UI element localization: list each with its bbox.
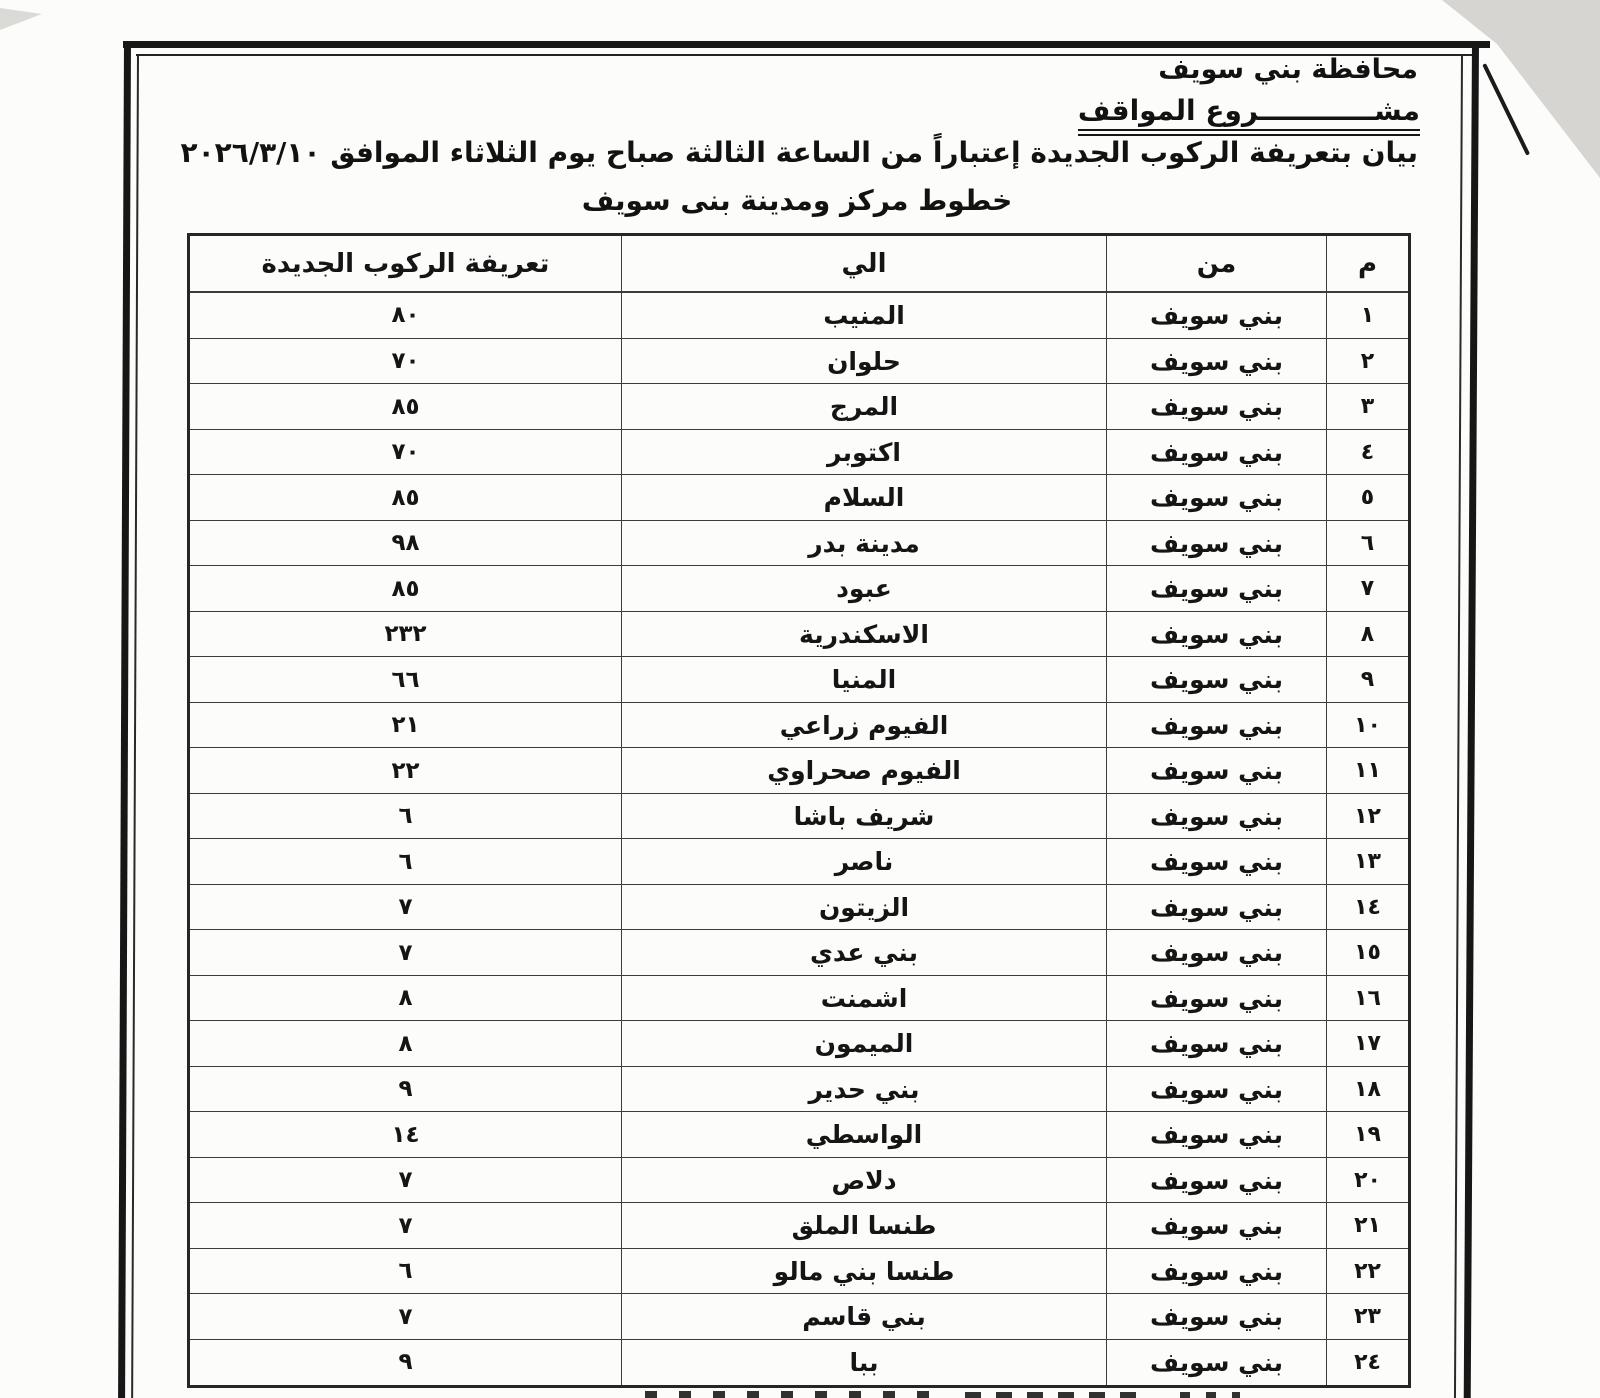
- cell-from: بني سويف: [1107, 1339, 1327, 1386]
- cell-from: بني سويف: [1107, 338, 1327, 384]
- cell-no: ٦: [1327, 520, 1410, 566]
- table-row: ٢٤بني سويفببا٩: [189, 1339, 1410, 1386]
- cell-no: ١١: [1327, 748, 1410, 794]
- cell-fare: ٨٥: [189, 566, 622, 612]
- cell-fare: ٦٦: [189, 657, 622, 703]
- cell-from: بني سويف: [1107, 1294, 1327, 1340]
- cell-fare: ٢٢: [189, 748, 622, 794]
- cell-from: بني سويف: [1107, 748, 1327, 794]
- cell-from: بني سويف: [1107, 1248, 1327, 1294]
- cell-to: حلوان: [622, 338, 1107, 384]
- cell-fare: ٨٠: [189, 292, 622, 338]
- cell-no: ١٥: [1327, 930, 1410, 976]
- cell-to: الواسطي: [622, 1112, 1107, 1158]
- cell-to: عبود: [622, 566, 1107, 612]
- cell-fare: ٧: [189, 930, 622, 976]
- lines-subtitle: خطوط مركز ومدينة بنى سويف: [397, 184, 1197, 217]
- cell-from: بني سويف: [1107, 611, 1327, 657]
- header-fare: تعريفة الركوب الجديدة: [189, 235, 622, 293]
- cell-from: بني سويف: [1107, 975, 1327, 1021]
- frame-border-top-outer: [123, 41, 1490, 48]
- table-row: ١١بني سويفالفيوم صحراوي٢٢: [189, 748, 1410, 794]
- frame-border-right-inner: [1454, 55, 1463, 1398]
- cell-fare: ٧٠: [189, 429, 622, 475]
- cell-no: ٨: [1327, 611, 1410, 657]
- cell-fare: ٧: [189, 884, 622, 930]
- header-from: من: [1107, 235, 1327, 293]
- cell-fare: ٦: [189, 839, 622, 885]
- table-row: ٦بني سويفمدينة بدر٩٨: [189, 520, 1410, 566]
- cell-no: ١٢: [1327, 793, 1410, 839]
- statement-title: بيان بتعريفة الركوب الجديدة إعتباراً من …: [181, 136, 1419, 169]
- project-department: مشــــــــــــروع المواقف: [1078, 94, 1420, 136]
- cell-to: مدينة بدر: [622, 520, 1107, 566]
- cell-from: بني سويف: [1107, 1157, 1327, 1203]
- table-row: ٧بني سويفعبود٨٥: [189, 566, 1410, 612]
- cut-off-text-tips: [965, 1392, 1145, 1398]
- cell-from: بني سويف: [1107, 1203, 1327, 1249]
- cell-fare: ٩٨: [189, 520, 622, 566]
- cell-fare: ٧: [189, 1294, 622, 1340]
- cell-to: دلاص: [622, 1157, 1107, 1203]
- table-row: ٢١بني سويفطنسا الملق٧: [189, 1203, 1410, 1249]
- cell-no: ١٦: [1327, 975, 1410, 1021]
- cell-fare: ٢١: [189, 702, 622, 748]
- cell-fare: ١٤: [189, 1112, 622, 1158]
- cell-to: ببا: [622, 1339, 1107, 1386]
- frame-border-right-outer: [1464, 42, 1479, 1398]
- header-no: م: [1327, 235, 1410, 293]
- cell-fare: ٦: [189, 1248, 622, 1294]
- cell-from: بني سويف: [1107, 839, 1327, 885]
- cell-to: اشمنت: [622, 975, 1107, 1021]
- header-to: الي: [622, 235, 1107, 293]
- table-row: ١٧بني سويفالميمون٨: [189, 1021, 1410, 1067]
- cell-no: ٢٤: [1327, 1339, 1410, 1386]
- cell-no: ٢٣: [1327, 1294, 1410, 1340]
- table-row: ١٦بني سويفاشمنت٨: [189, 975, 1410, 1021]
- cell-to: ناصر: [622, 839, 1107, 885]
- table-row: ١٥بني سويفبني عدي٧: [189, 930, 1410, 976]
- cell-from: بني سويف: [1107, 930, 1327, 976]
- cell-to: بني قاسم: [622, 1294, 1107, 1340]
- table-row: ١بني سويفالمنيب٨٠: [189, 292, 1410, 338]
- cut-off-text-tips: [645, 1391, 935, 1398]
- cell-no: ١: [1327, 292, 1410, 338]
- cell-fare: ٦: [189, 793, 622, 839]
- cell-to: طنسا بني مالو: [622, 1248, 1107, 1294]
- cell-no: ٣: [1327, 384, 1410, 430]
- cell-to: الفيوم صحراوي: [622, 748, 1107, 794]
- cell-from: بني سويف: [1107, 1112, 1327, 1158]
- cell-fare: ٨: [189, 1021, 622, 1067]
- cell-no: ٢٢: [1327, 1248, 1410, 1294]
- table-row: ٩بني سويفالمنيا٦٦: [189, 657, 1410, 703]
- cell-no: ١٩: [1327, 1112, 1410, 1158]
- governorate-title: محافظة بني سويف: [1158, 54, 1418, 85]
- cell-from: بني سويف: [1107, 292, 1327, 338]
- table-row: ١٢بني سويفشريف باشا٦: [189, 793, 1410, 839]
- cell-no: ١٤: [1327, 884, 1410, 930]
- cell-to: المرج: [622, 384, 1107, 430]
- cell-to: المنيا: [622, 657, 1107, 703]
- fare-table-body: ١بني سويفالمنيب٨٠٢بني سويفحلوان٧٠٣بني سو…: [189, 292, 1410, 1387]
- cell-to: الميمون: [622, 1021, 1107, 1067]
- cell-fare: ٨٥: [189, 475, 622, 521]
- cell-fare: ٧: [189, 1157, 622, 1203]
- cell-no: ٩: [1327, 657, 1410, 703]
- frame-border-left-inner: [131, 54, 139, 1398]
- cell-fare: ٩: [189, 1339, 622, 1386]
- table-row: ٢٠بني سويفدلاص٧: [189, 1157, 1410, 1203]
- table-row: ٨بني سويفالاسكندرية٢٣٢: [189, 611, 1410, 657]
- cell-from: بني سويف: [1107, 793, 1327, 839]
- cell-to: الزيتون: [622, 884, 1107, 930]
- cell-from: بني سويف: [1107, 520, 1327, 566]
- cut-off-text-tips: [1180, 1392, 1240, 1398]
- cell-to: شريف باشا: [622, 793, 1107, 839]
- table-row: ٤بني سويفاكتوبر٧٠: [189, 429, 1410, 475]
- cell-fare: ٢٣٢: [189, 611, 622, 657]
- cell-no: ١٨: [1327, 1066, 1410, 1112]
- cell-from: بني سويف: [1107, 475, 1327, 521]
- table-row: ١٨بني سويفبني حدير٩: [189, 1066, 1410, 1112]
- table-row: ٢٢بني سويفطنسا بني مالو٦: [189, 1248, 1410, 1294]
- table-row: ٥بني سويفالسلام٨٥: [189, 475, 1410, 521]
- cell-no: ٧: [1327, 566, 1410, 612]
- cell-no: ٢: [1327, 338, 1410, 384]
- cell-from: بني سويف: [1107, 429, 1327, 475]
- cell-fare: ٨٥: [189, 384, 622, 430]
- cell-from: بني سويف: [1107, 384, 1327, 430]
- frame-border-left-outer: [118, 41, 131, 1398]
- table-header-row: م من الي تعريفة الركوب الجديدة: [189, 235, 1410, 293]
- table-row: ١٤بني سويفالزيتون٧: [189, 884, 1410, 930]
- cell-to: الاسكندرية: [622, 611, 1107, 657]
- table-row: ٢بني سويفحلوان٧٠: [189, 338, 1410, 384]
- fare-table: م من الي تعريفة الركوب الجديدة ١بني سويف…: [187, 233, 1411, 1388]
- cell-from: بني سويف: [1107, 884, 1327, 930]
- cell-to: بني حدير: [622, 1066, 1107, 1112]
- cell-no: ١٠: [1327, 702, 1410, 748]
- cell-to: بني عدي: [622, 930, 1107, 976]
- cell-fare: ٧: [189, 1203, 622, 1249]
- cell-no: ١٧: [1327, 1021, 1410, 1067]
- cell-to: طنسا الملق: [622, 1203, 1107, 1249]
- table-row: ١٠بني سويفالفيوم زراعي٢١: [189, 702, 1410, 748]
- cell-no: ١٣: [1327, 839, 1410, 885]
- table-row: ١٩بني سويفالواسطي١٤: [189, 1112, 1410, 1158]
- cell-from: بني سويف: [1107, 657, 1327, 703]
- cell-fare: ٨: [189, 975, 622, 1021]
- scan-edge-top-left: [0, 0, 60, 40]
- table-row: ٣بني سويفالمرج٨٥: [189, 384, 1410, 430]
- cell-from: بني سويف: [1107, 702, 1327, 748]
- cell-to: الفيوم زراعي: [622, 702, 1107, 748]
- cell-fare: ٧٠: [189, 338, 622, 384]
- table-row: ٢٣بني سويفبني قاسم٧: [189, 1294, 1410, 1340]
- cell-from: بني سويف: [1107, 1021, 1327, 1067]
- cell-no: ٥: [1327, 475, 1410, 521]
- document-page: { "header": { "org": "محافظة بني سويف", …: [0, 0, 1600, 1398]
- table-row: ١٣بني سويفناصر٦: [189, 839, 1410, 885]
- cell-to: اكتوبر: [622, 429, 1107, 475]
- cell-from: بني سويف: [1107, 566, 1327, 612]
- cell-no: ٤: [1327, 429, 1410, 475]
- cell-fare: ٩: [189, 1066, 622, 1112]
- cell-to: المنيب: [622, 292, 1107, 338]
- cell-no: ٢١: [1327, 1203, 1410, 1249]
- cell-to: السلام: [622, 475, 1107, 521]
- cell-from: بني سويف: [1107, 1066, 1327, 1112]
- cell-no: ٢٠: [1327, 1157, 1410, 1203]
